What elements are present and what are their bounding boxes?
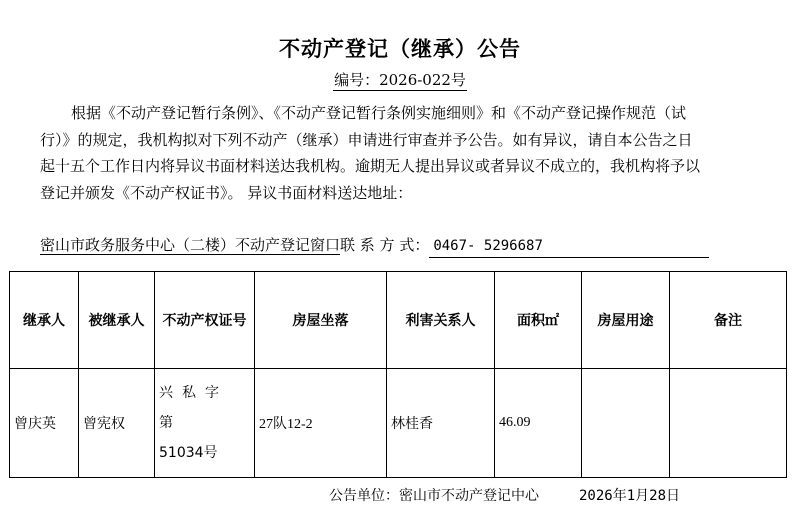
body-line: 起十五个工作日内将异议书面材料送达我机构。逾期无人提出异议或者异议不成立的，我机… <box>40 153 730 180</box>
body-line: 根据《不动产登记暂行条例》、《不动产登记暂行条例实施细则》和《不动产登记操作规范… <box>40 100 730 127</box>
body-line: 登记并颁发《不动产权证书》。 异议书面材料送达地址： <box>40 180 730 207</box>
cell-usage <box>582 369 670 478</box>
contact-phone: 0467- 5296687 <box>429 235 709 258</box>
cell-area: 46.09 <box>495 369 582 478</box>
issuer: 公告单位：密山市不动产登记中心 <box>329 488 539 504</box>
serial-number: 编号：2026-022号 <box>0 69 800 91</box>
header-decedent: 被继承人 <box>79 272 155 369</box>
contact-line: 密山市政务服务中心（二楼）不动产登记窗口联 系 方 式：0467- 529668… <box>40 234 709 258</box>
cell-interested-party: 林桂香 <box>387 369 495 478</box>
cert-number-line1: 兴私字第 <box>159 378 250 438</box>
header-area: 面积㎡ <box>495 272 582 369</box>
header-remarks: 备注 <box>670 272 787 369</box>
cell-decedent: 曾宪权 <box>79 369 155 478</box>
cell-heir: 曾庆英 <box>10 369 79 478</box>
header-location: 房屋坐落 <box>255 272 387 369</box>
notice-footer: 公告单位：密山市不动产登记中心2026年1月28日 <box>329 486 680 506</box>
header-heir: 继承人 <box>10 272 79 369</box>
cell-remarks <box>670 369 787 478</box>
page-title: 不动产登记（继承）公告 <box>0 34 800 64</box>
cell-cert-number: 兴私字第 51034号 <box>155 369 255 478</box>
header-cert-number: 不动产权证号 <box>155 272 255 369</box>
contact-label: 联 系 方 式： <box>340 236 429 254</box>
body-line: 行）》的规定，我机构拟对下列不动产（继承）申请进行审查并予公告。如有异议，请自本… <box>40 127 730 154</box>
notice-date: 2026年1月28日 <box>579 488 680 504</box>
cell-location: 27队12-2 <box>255 369 387 478</box>
inheritance-table: 继承人 被继承人 不动产权证号 房屋坐落 利害关系人 面积㎡ 房屋用途 备注 曾… <box>9 271 787 478</box>
cert-number-line2: 51034号 <box>159 438 250 468</box>
submission-address: 密山市政务服务中心（二楼）不动产登记窗口 <box>40 236 340 255</box>
serial-number-text: 编号：2026-022号 <box>333 71 467 91</box>
header-usage: 房屋用途 <box>582 272 670 369</box>
table-header-row: 继承人 被继承人 不动产权证号 房屋坐落 利害关系人 面积㎡ 房屋用途 备注 <box>10 272 787 369</box>
notice-body: 根据《不动产登记暂行条例》、《不动产登记暂行条例实施细则》和《不动产登记操作规范… <box>40 100 730 206</box>
table-row: 曾庆英 曾宪权 兴私字第 51034号 27队12-2 林桂香 46.09 <box>10 369 787 478</box>
header-interested-party: 利害关系人 <box>387 272 495 369</box>
